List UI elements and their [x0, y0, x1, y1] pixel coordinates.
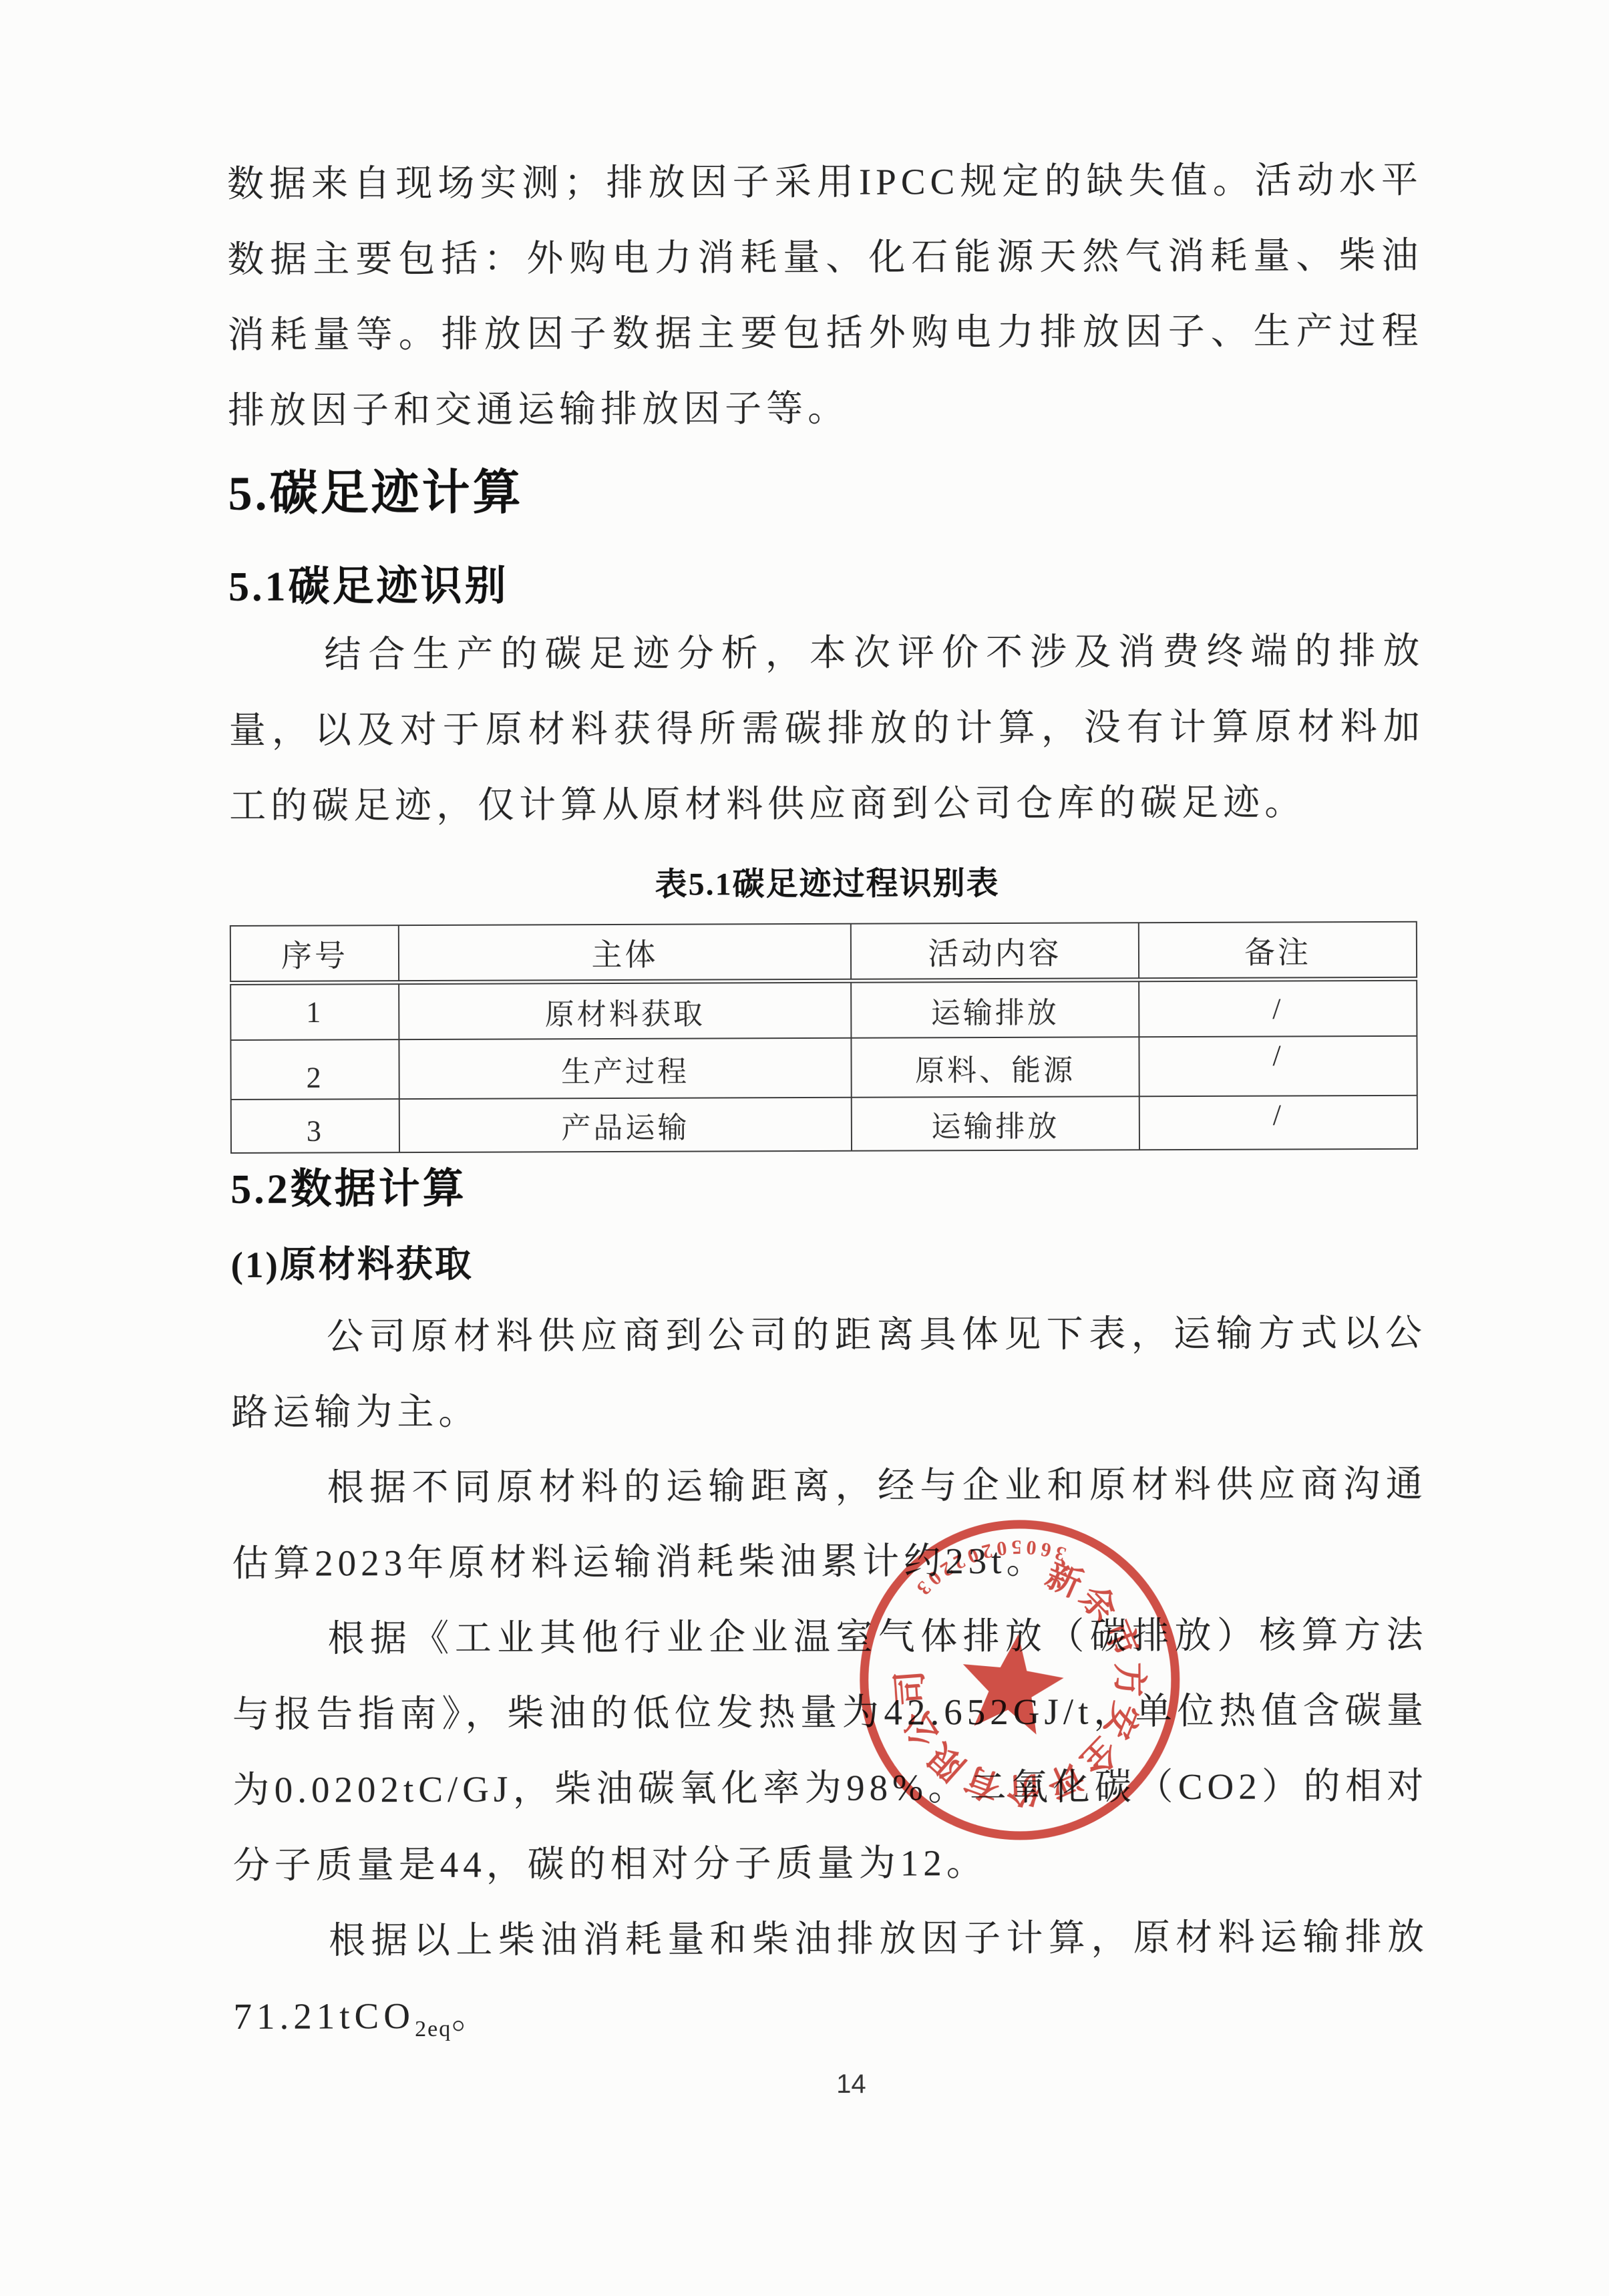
header-cell-subject: 主体 [399, 924, 851, 983]
table-row: 2 生产过程 原料、能源 / [230, 1036, 1417, 1100]
table-row: 3 产品运输 运输排放 / [231, 1096, 1417, 1153]
page-number: 14 [47, 2067, 1609, 2102]
co2eq-subscript: 2eq [415, 2017, 452, 2041]
header-cell-seq: 序号 [230, 925, 399, 983]
cell-activity: 运输排放 [851, 980, 1139, 1038]
cell-remark: / [1139, 1096, 1417, 1150]
section-5-1-paragraph: 结合生产的碳足迹分析，本次评价不涉及消费终端的排放量，以及对于原材料获得所需碳排… [228, 613, 1425, 844]
sentence-period: 。 [452, 1995, 493, 2036]
raw-material-paragraph-3: 根据《工业其他行业企业温室气体排放（碳排放）核算方法与报告指南》，柴油的低位发热… [232, 1597, 1429, 1903]
carbon-footprint-process-table: 序号 主体 活动内容 备注 1 原材料获取 运输排放 / 2 生产过程 [230, 921, 1418, 1154]
section-5-2-heading: 5.2数据计算 [230, 1161, 1426, 1214]
section-5-1-heading: 5.1碳足迹识别 [228, 558, 1424, 612]
document-page: 数据来自现场实测；排放因子采用IPCC规定的缺失值。活动水平数据主要包括：外购电… [0, 0, 1609, 2296]
raw-material-paragraph-1: 公司原材料供应商到公司的距离具体见下表，运输方式以公路运输为主。 [231, 1295, 1427, 1450]
cell-remark: / [1139, 979, 1417, 1037]
intro-paragraph: 数据来自现场实测；排放因子采用IPCC规定的缺失值。活动水平数据主要包括：外购电… [227, 142, 1424, 448]
cell-seq: 2 [230, 1039, 399, 1100]
section-5-heading: 5.碳足迹计算 [228, 461, 1423, 522]
cell-subject: 原材料获取 [399, 981, 851, 1039]
cell-activity: 运输排放 [852, 1096, 1139, 1151]
text-column: 数据来自现场实测；排放因子采用IPCC规定的缺失值。活动水平数据主要包括：外购电… [227, 142, 1429, 2068]
cell-activity: 原料、能源 [851, 1037, 1139, 1098]
header-cell-remark: 备注 [1139, 922, 1417, 980]
cell-seq: 1 [230, 983, 399, 1040]
cell-seq: 3 [231, 1099, 399, 1153]
subsection-1-heading: (1)原材料获取 [230, 1239, 1426, 1287]
raw-material-paragraph-4: 根据以上柴油消耗量和柴油排放因子计算，原材料运输排放71.21tCO2eq。 [233, 1899, 1429, 2068]
table-row: 1 原材料获取 运输排放 / [230, 979, 1417, 1040]
emission-result-text: 根据以上柴油消耗量和柴油排放因子计算，原材料运输排放71.21tCO [233, 1917, 1429, 2037]
raw-material-paragraph-2: 根据不同原材料的运输距离，经与企业和原材料供应商沟通估算2023年原材料运输消耗… [232, 1446, 1428, 1601]
header-cell-activity: 活动内容 [851, 923, 1139, 981]
table-header-row: 序号 主体 活动内容 备注 [230, 922, 1417, 983]
scanned-sheet: 数据来自现场实测；排放因子采用IPCC规定的缺失值。活动水平数据主要包括：外购电… [0, 0, 1609, 2296]
cell-remark: / [1139, 1036, 1417, 1096]
table-5-1-title: 表5.1碳足迹过程识别表 [230, 863, 1425, 906]
cell-subject: 生产过程 [399, 1038, 851, 1099]
cell-subject: 产品运输 [399, 1098, 852, 1152]
